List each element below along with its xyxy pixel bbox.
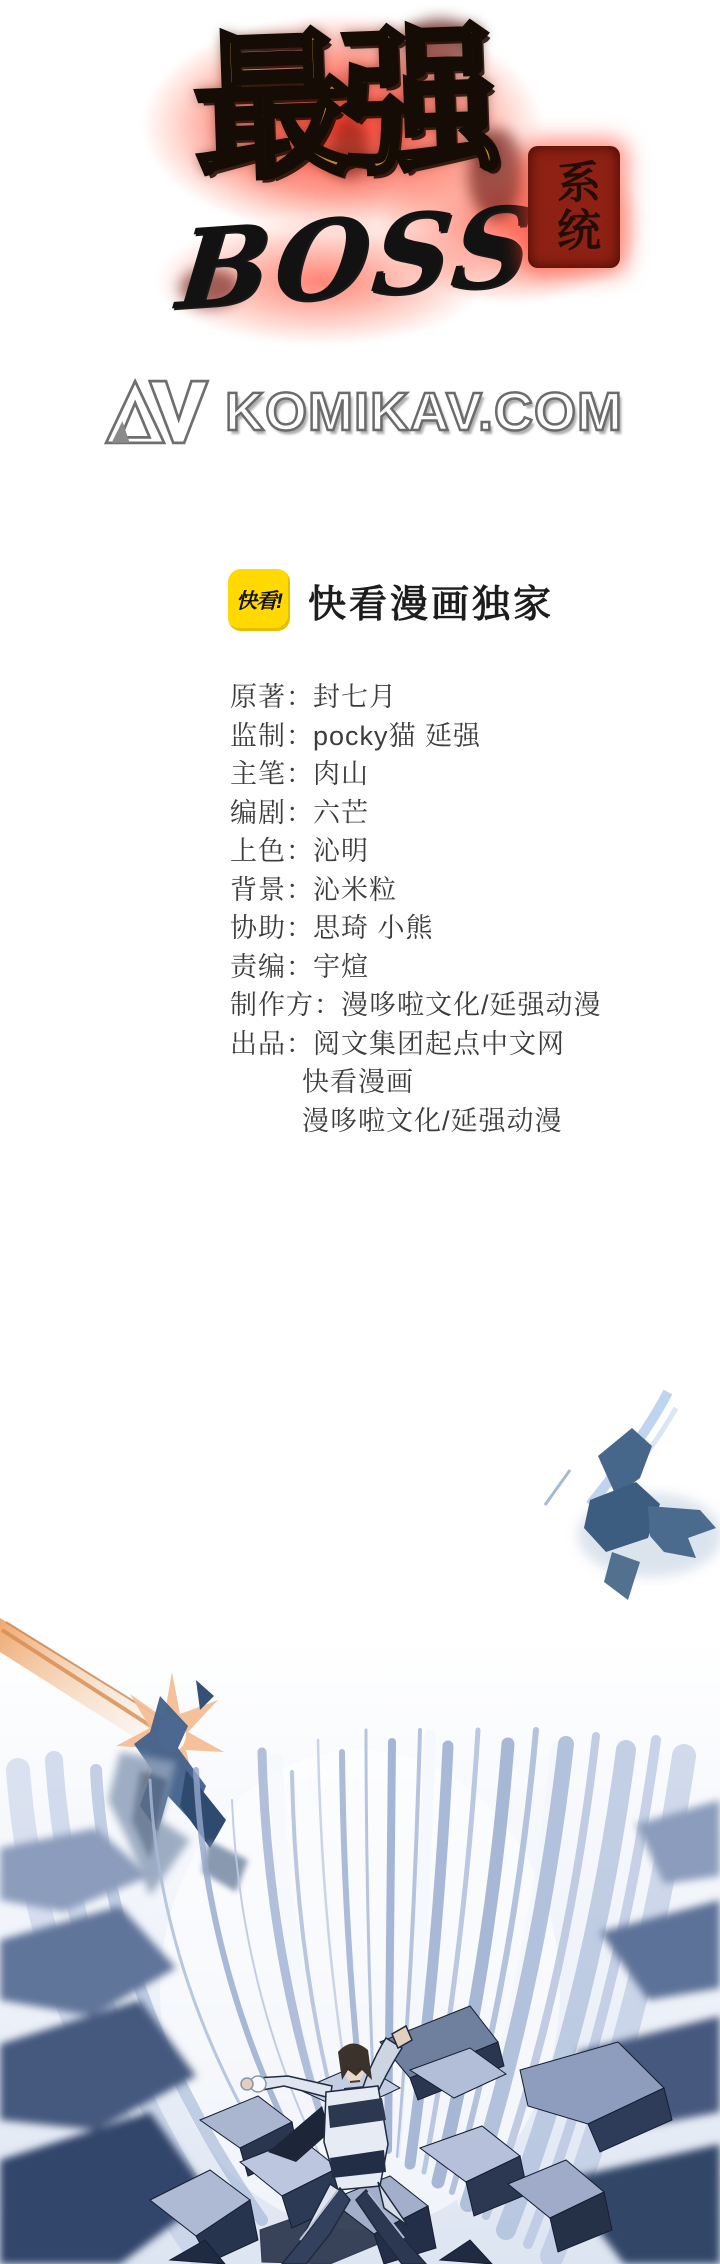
credit-value: 宇煊 [313, 952, 369, 982]
credit-colon: ： [286, 682, 313, 712]
credit-label: 监制 [230, 721, 286, 751]
credit-row-extra: 漫哆啦文化/延强动漫 [230, 1102, 602, 1141]
credit-value: 思琦 小熊 [313, 913, 434, 943]
exclusive-label: 快看漫画独家 [308, 573, 554, 628]
credit-label: 协助 [230, 913, 286, 943]
credit-row-extra: 快看漫画 [230, 1063, 602, 1102]
credit-colon: ： [286, 913, 313, 943]
credit-row: 协助：思琦 小熊 [230, 909, 602, 948]
title-logo: 最强 BOSS 系统 [0, 0, 720, 345]
credit-value: 封七月 [313, 682, 397, 712]
credit-row: 责编：宇煊 [230, 948, 602, 987]
artwork-panel [0, 1300, 720, 2264]
credit-row: 背景：沁米粒 [230, 871, 602, 910]
credit-label: 责编 [230, 952, 286, 982]
credit-label: 主笔 [230, 759, 286, 789]
credit-label: 上色 [230, 836, 286, 866]
flying-debris-top-right [545, 1392, 720, 1600]
credit-value: 快看漫画 [302, 1067, 414, 1097]
credit-row: 监制：pocky猫 延强 [230, 717, 602, 756]
credit-value: 漫哆啦文化/延强动漫 [302, 1106, 563, 1136]
credit-value: 沁明 [313, 836, 369, 866]
credit-colon: ： [286, 1029, 313, 1059]
kuaikan-logo-badge: 快看! [228, 569, 290, 631]
credit-value: 六芒 [313, 798, 369, 828]
comic-page: 最强 BOSS 系统 KOMIKAV.COM 快看! 快看漫画独家 原著：封七月… [0, 0, 720, 2264]
platform-row: 快看! 快看漫画独家 [228, 568, 554, 632]
credit-colon: ： [286, 759, 313, 789]
credit-row: 制作方：漫哆啦文化/延强动漫 [230, 986, 602, 1025]
credits-block: 原著：封七月 监制：pocky猫 延强 主笔：肉山 编剧：六芒 上色：沁明 背景… [230, 678, 602, 1140]
watermark-site-text: KOMIKAV.COM [225, 381, 623, 443]
credit-row: 出品：阅文集团起点中文网 [230, 1025, 602, 1064]
credit-label: 背景 [230, 875, 286, 905]
credit-colon: ： [286, 798, 313, 828]
credit-label: 编剧 [230, 798, 286, 828]
logo-seal-stamp: 系统 [528, 146, 620, 268]
credit-label: 原著 [230, 682, 286, 712]
site-watermark: KOMIKAV.COM [0, 372, 720, 452]
action-scene [0, 1300, 720, 2264]
credit-colon: ： [286, 875, 313, 905]
credit-value: 肉山 [313, 759, 369, 789]
logo-title-text: 最强 [139, 1, 546, 212]
credit-colon: ： [286, 952, 313, 982]
credit-colon: ： [314, 990, 341, 1020]
credit-value: 沁米粒 [313, 875, 397, 905]
credit-row: 上色：沁明 [230, 832, 602, 871]
credit-row: 主笔：肉山 [230, 755, 602, 794]
credit-value: 漫哆啦文化/延强动漫 [341, 990, 602, 1020]
credit-value: 阅文集团起点中文网 [313, 1029, 565, 1059]
credit-row: 编剧：六芒 [230, 794, 602, 833]
credit-label: 制作方 [230, 990, 314, 1020]
credit-colon: ： [286, 721, 313, 751]
logo-boss-text: BOSS [172, 184, 525, 335]
komikav-logo-icon [97, 374, 215, 450]
credit-value: pocky猫 延强 [313, 721, 481, 751]
credit-row: 原著：封七月 [230, 678, 602, 717]
credit-colon: ： [286, 836, 313, 866]
credit-label: 出品 [230, 1029, 286, 1059]
